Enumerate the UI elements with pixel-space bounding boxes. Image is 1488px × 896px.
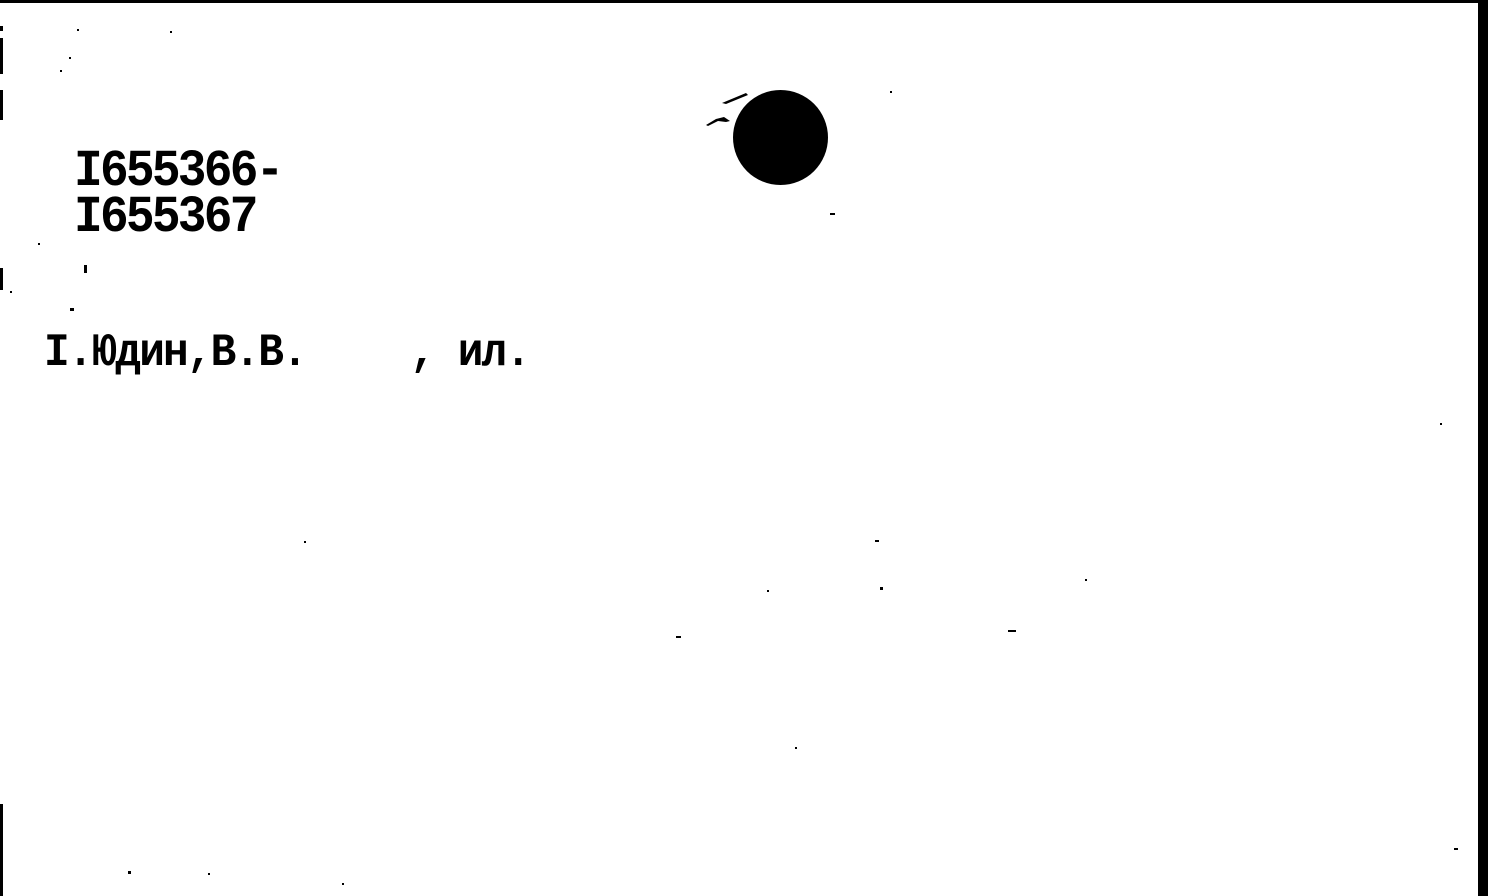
scan-speck (70, 308, 74, 311)
scan-speck (875, 540, 879, 542)
scan-speck (208, 873, 210, 875)
punch-hole (733, 90, 828, 185)
scan-speck (676, 636, 681, 638)
catalog-entry: I.Юдин,В.В., ил. (44, 325, 529, 381)
scan-speck (69, 57, 71, 59)
entry-separator: , (410, 327, 434, 379)
scan-speck (890, 91, 892, 93)
entry-illustrations-note: ил. (458, 327, 529, 379)
catalog-card: I655366- I655367 I.Юдин,В.В., ил. (0, 3, 1478, 896)
scan-speck (342, 883, 344, 885)
scan-speck (38, 243, 40, 245)
scan-speck (84, 265, 87, 273)
scan-right-border (1478, 0, 1488, 896)
scan-speck (304, 541, 306, 543)
scan-speck (880, 587, 883, 590)
call-number-line-2: I655367 (74, 195, 282, 241)
scan-left-edge-mark (0, 804, 3, 896)
scan-left-edge-mark (0, 268, 3, 290)
scan-speck (830, 213, 835, 215)
scan-speck (170, 31, 172, 33)
scan-speck (1008, 630, 1016, 632)
call-number: I655366- I655367 (74, 149, 282, 241)
scan-speck (1454, 848, 1458, 850)
scan-left-edge-mark (0, 26, 3, 31)
scan-left-edge-mark (0, 90, 3, 120)
scan-speck (128, 871, 131, 874)
scan-speck (767, 590, 769, 592)
scan-speck (1085, 579, 1087, 581)
scan-speck (1440, 423, 1442, 425)
scan-speck (10, 291, 12, 293)
scan-speck (77, 29, 79, 31)
entry-author: I.Юдин,В.В. (44, 327, 306, 379)
scan-speck (795, 747, 797, 749)
scan-speck (60, 70, 62, 72)
scan-left-edge-mark (0, 38, 3, 74)
